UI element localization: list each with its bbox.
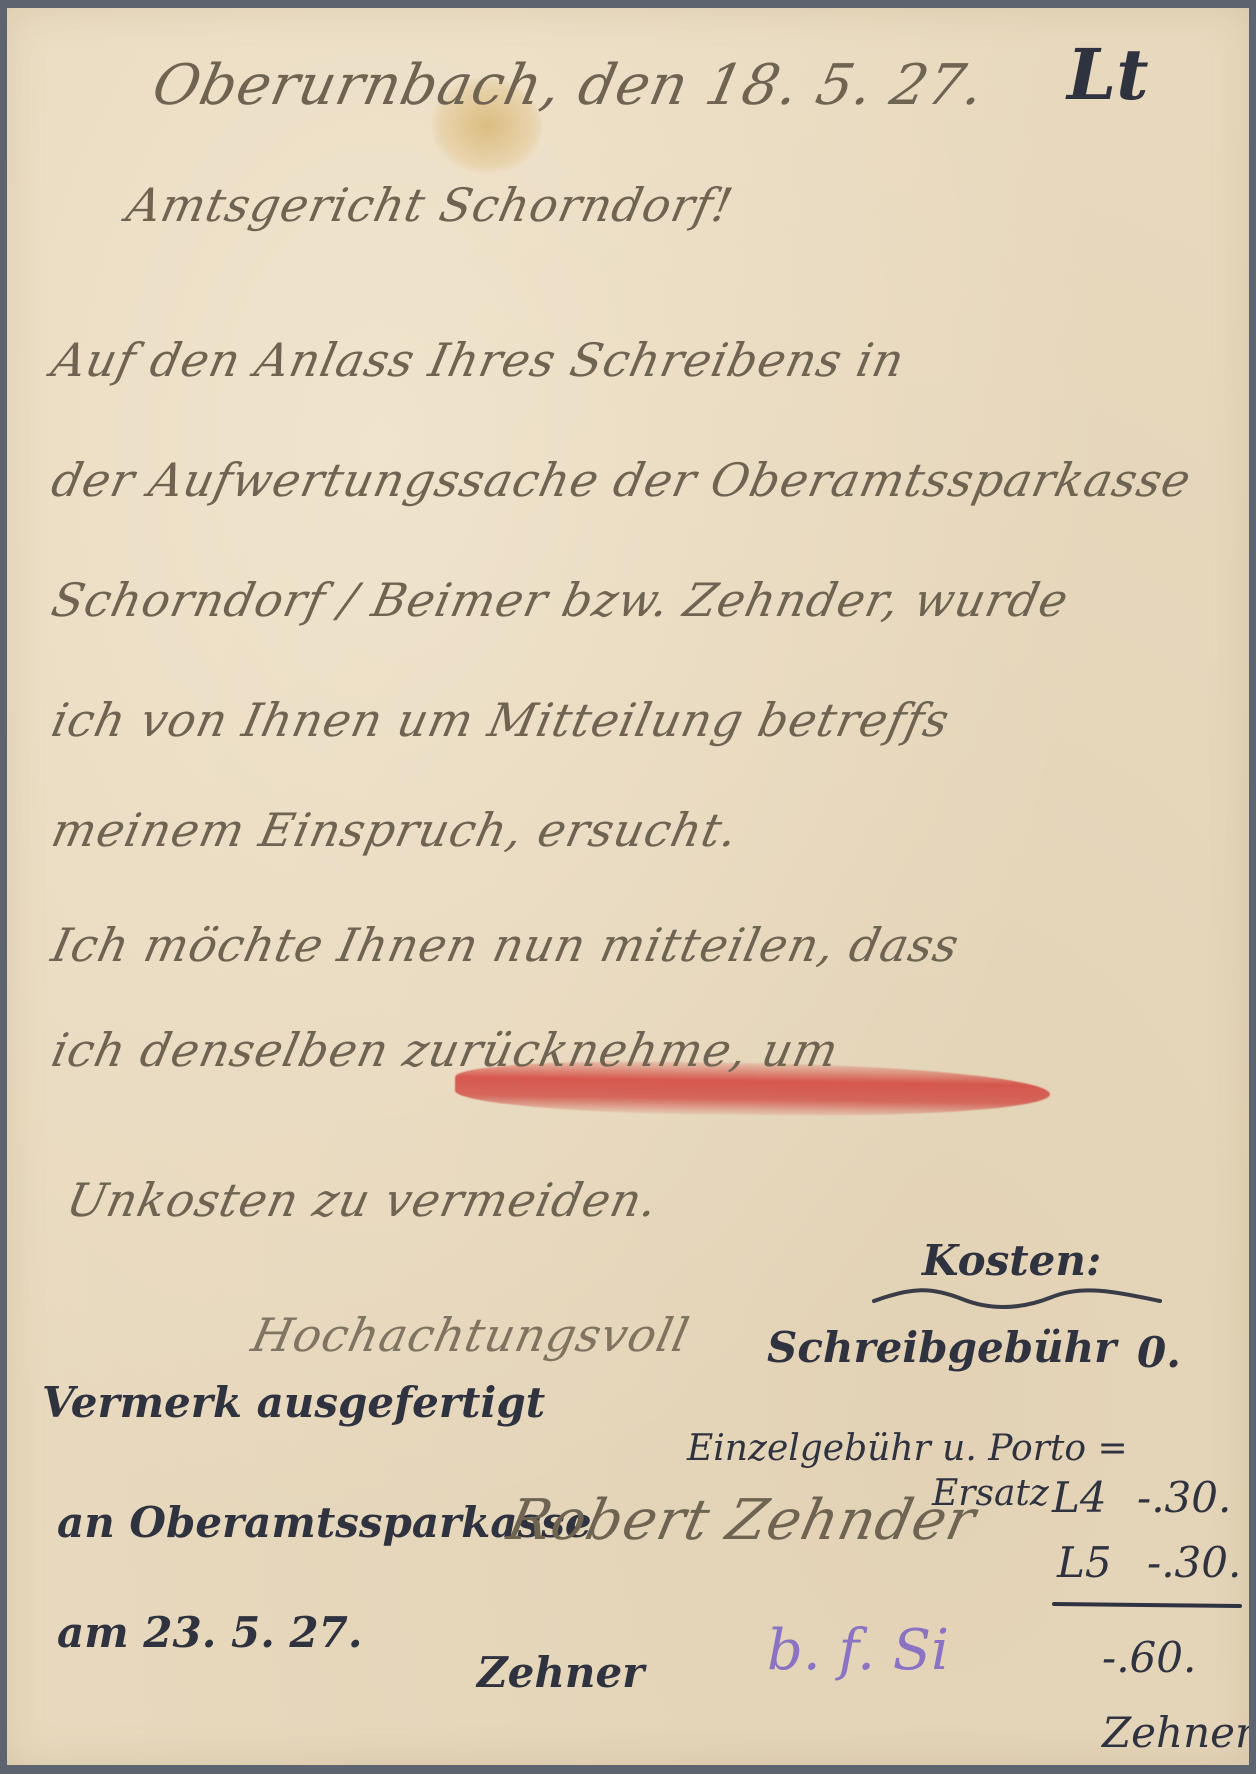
purple-pencil-mark: b. f. Si — [767, 1618, 949, 1683]
body-line-4: ich von Ihnen um Mitteilung betreffs — [47, 693, 955, 747]
signature: Robert Zehnder — [502, 1488, 982, 1553]
kosten-heading: Kosten: — [922, 1236, 1101, 1285]
left-note-line-3: am 23. 5. 27. — [57, 1608, 363, 1657]
fee-item-2-amount: -.30. — [1147, 1538, 1241, 1587]
fee-sublabel: Ersatz — [932, 1473, 1049, 1514]
body-line-2: der Aufwertungssache der Oberamtssparkas… — [47, 453, 1196, 507]
body-line-8: Unkosten zu vermeiden. — [62, 1173, 663, 1227]
fee-total: -.60. — [1102, 1633, 1196, 1682]
body-line-1: Auf den Anlass Ihres Schreibens in — [47, 333, 910, 387]
fee-initials: Zehner — [1102, 1708, 1249, 1757]
body-line-3: Schorndorf / Beimer bzw. Zehnder, wurde — [47, 573, 1074, 627]
place-date: Oberurnbach, den 18. 5. 27. — [147, 53, 991, 118]
fee-item-1-amount: -.30. — [1137, 1473, 1231, 1522]
center-note-value: 0. — [1137, 1328, 1181, 1377]
closing: Hochachtungsvoll — [247, 1308, 694, 1362]
body-line-5: meinem Einspruch, ersucht. — [47, 803, 743, 857]
fee-label: Einzelgebühr u. Porto = — [687, 1428, 1128, 1469]
corner-mark: Lt — [1067, 33, 1149, 116]
left-note-line-1: Vermerk ausgefertigt — [42, 1378, 545, 1427]
body-line-6: Ich möchte Ihnen nun mitteilen, dass — [47, 918, 964, 972]
center-note-word: Schreibgebühr — [767, 1323, 1116, 1372]
scan-frame: Oberurnbach, den 18. 5. 27. Lt Amtsgeric… — [0, 0, 1256, 1774]
salutation: Amtsgericht Schorndorf! — [122, 178, 738, 232]
postcard-paper: Oberurnbach, den 18. 5. 27. Lt Amtsgeric… — [7, 8, 1249, 1765]
left-note-initials: Zehner — [477, 1648, 644, 1697]
body-line-7: ich denselben zurücknehme, um — [47, 1023, 844, 1077]
fee-item-1-code: L4 — [1052, 1473, 1107, 1522]
wavy-underline — [872, 1283, 1162, 1313]
fee-item-2-code: L5 — [1057, 1538, 1112, 1587]
sum-rule — [1052, 1602, 1242, 1608]
